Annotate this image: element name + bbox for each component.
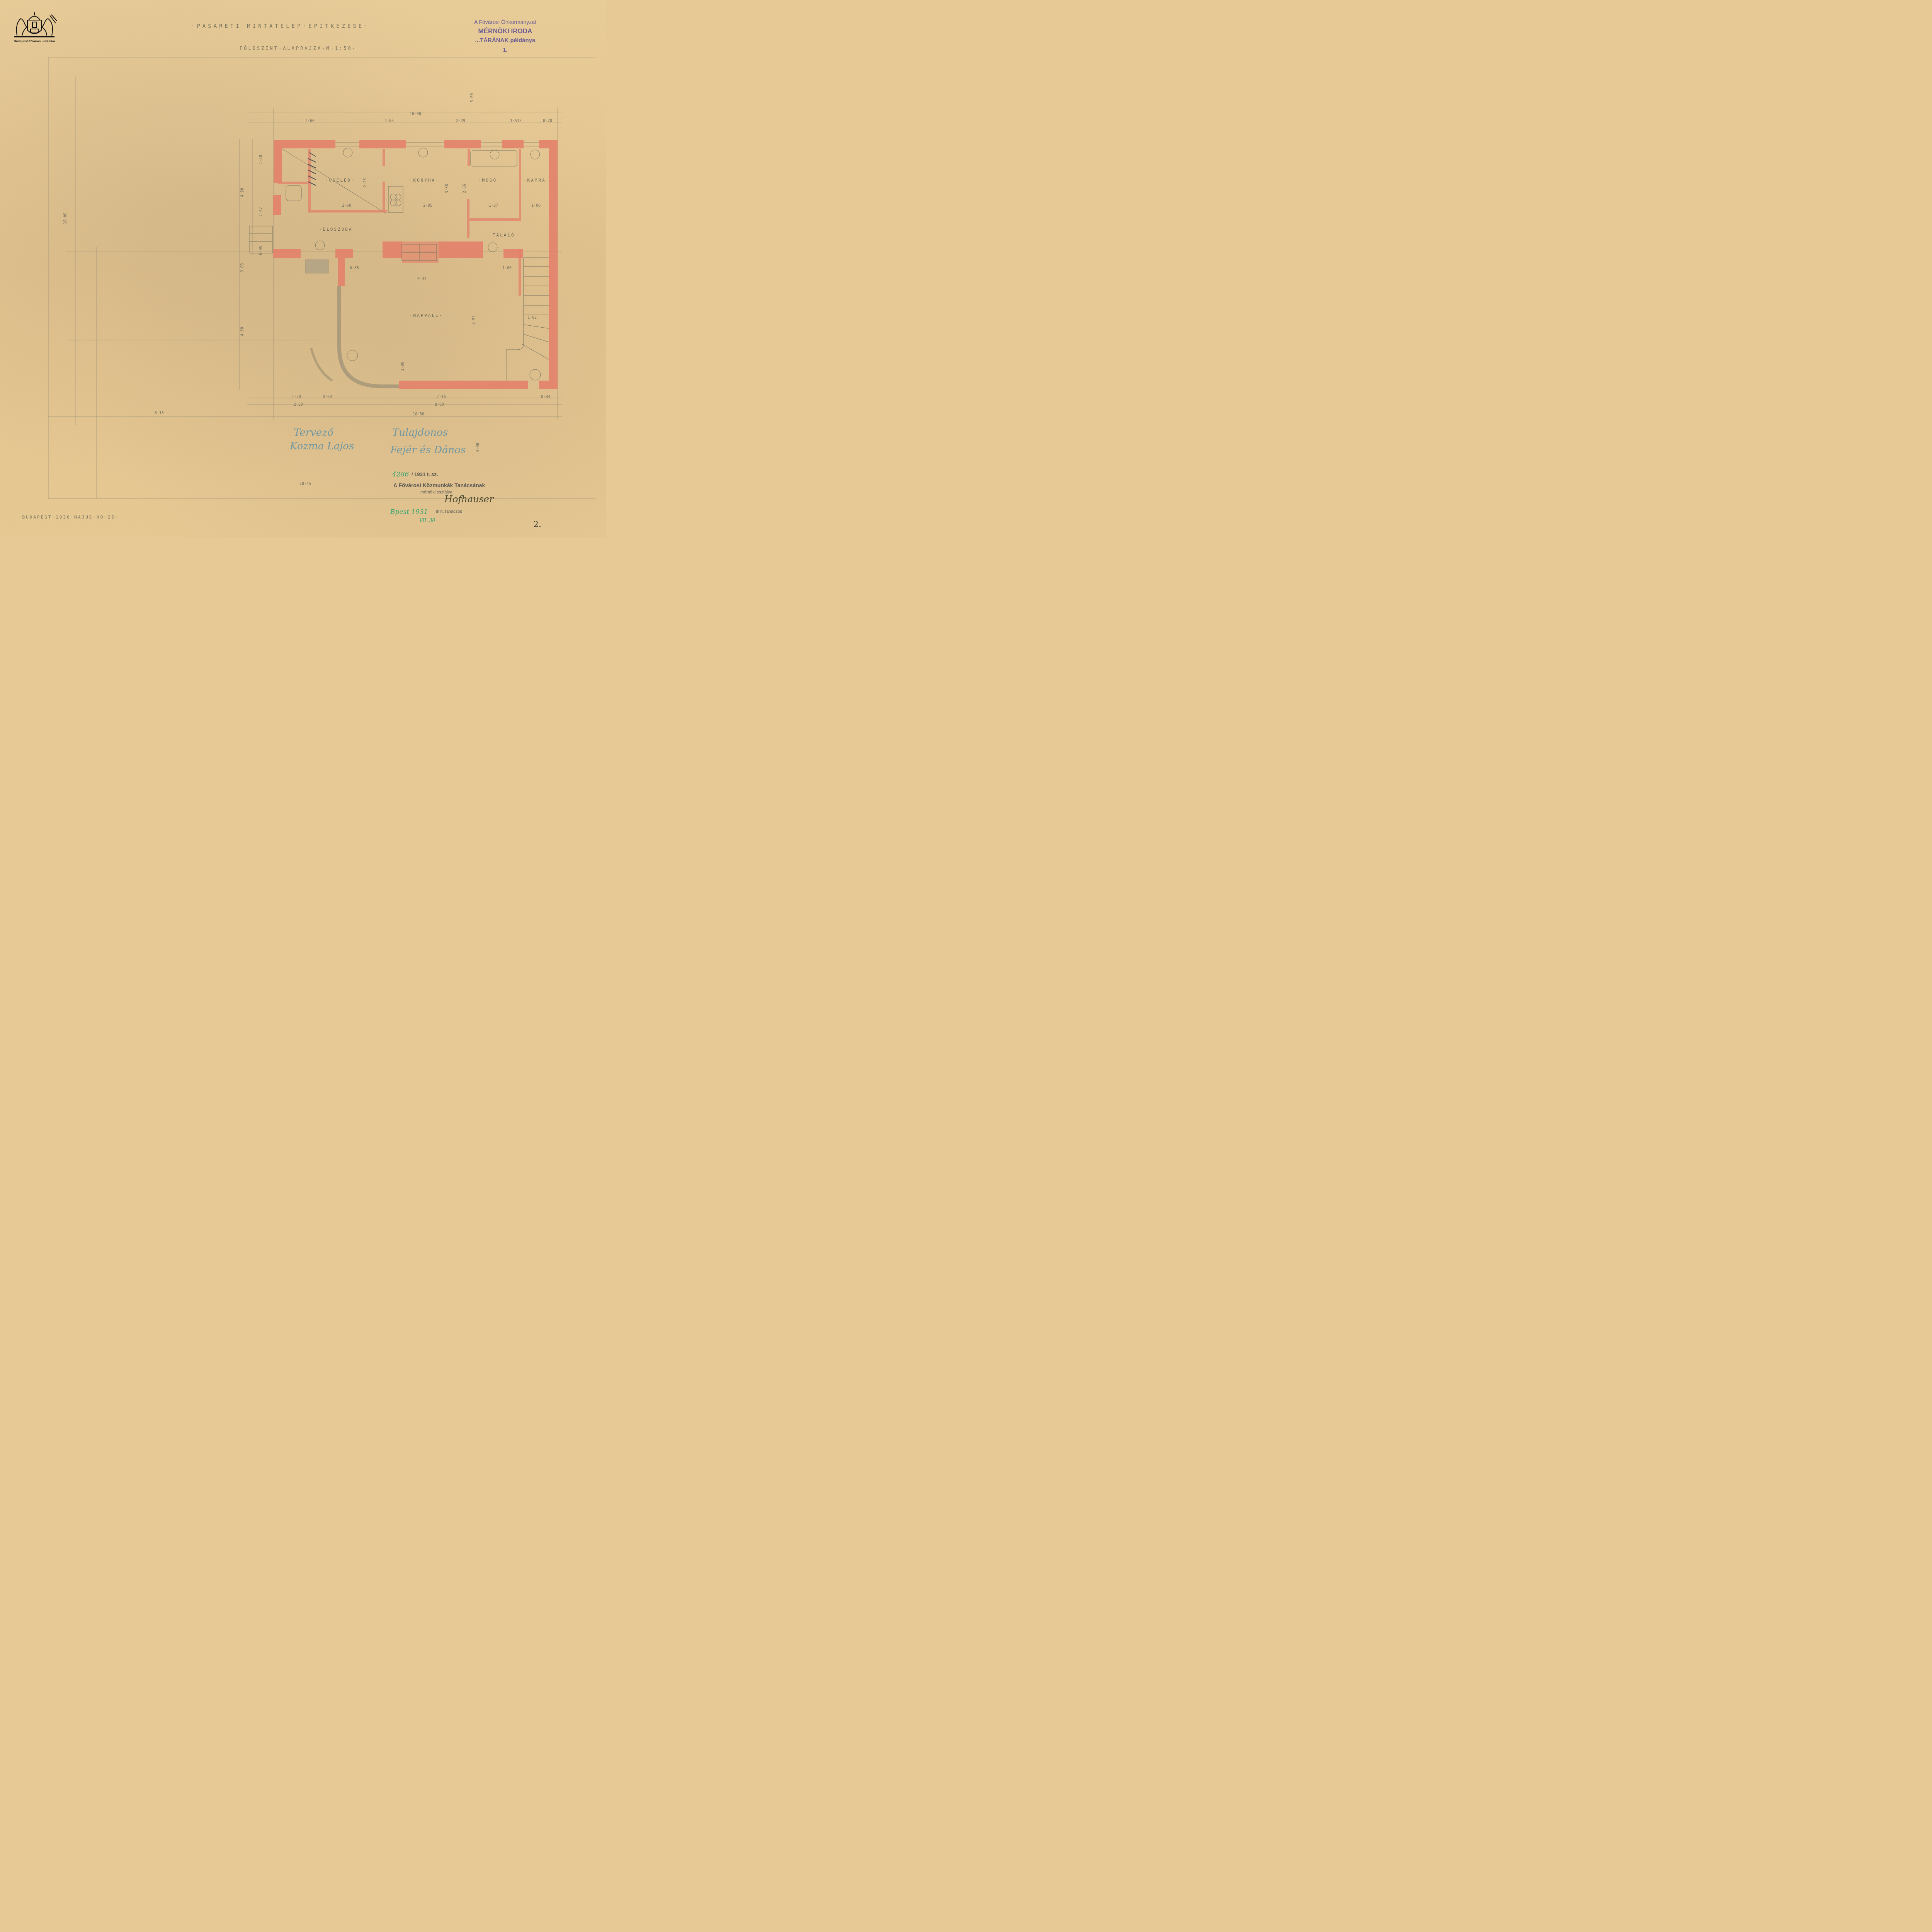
wc-icon xyxy=(286,185,301,201)
dim-nappali-width: 6·34 xyxy=(417,277,427,281)
dim-top-seg-3: 2·49 xyxy=(456,119,465,123)
dim-bottom-6: 8·00 xyxy=(435,403,444,407)
dim-left-seg-1: 4·20 xyxy=(240,188,245,197)
dim-talalo-width: 1·00 xyxy=(502,266,512,270)
room-label-konyha: ·KONYHA· xyxy=(410,178,439,183)
dim-bottom-2: 0·60 xyxy=(323,395,332,399)
floor-plan: ·CSELÉD· ·KONYHA· ·MOSÓ· ·KAMRA· ·ELŐSZO… xyxy=(0,0,606,537)
dim-top-seg-1: 2·66 xyxy=(305,119,315,123)
dim-bottom-5: 2·30 xyxy=(294,403,303,407)
dim-moso-width: 1·87 xyxy=(489,204,498,208)
dim-left-inner-1: 1·80 xyxy=(259,155,263,164)
dim-stair-width: 1·02 xyxy=(527,316,537,320)
approval-place-date: Bpest 1931 xyxy=(390,508,428,516)
drawing-date: ·BUDAPEST·1930·MÁJUS·HÓ·25· xyxy=(19,515,119,520)
dim-cseled-width: 2·60 xyxy=(342,204,351,208)
dim-cseled-height: 2·26 xyxy=(363,178,367,187)
approval-rank: min. tanácsos xyxy=(436,509,462,514)
dim-bottom-3: 7·16 xyxy=(437,395,446,399)
designer-label: Tervező xyxy=(294,427,333,439)
dim-bottom-1: 1·70 xyxy=(292,395,301,399)
dim-konyha-height: 3·38 xyxy=(445,184,449,193)
entry-steps-icon xyxy=(305,260,328,273)
room-label-nappali: ·NAPPALI· xyxy=(410,313,443,318)
dim-right-vertical: 4·00 xyxy=(476,443,480,452)
room-label-talalo: TÁLALÓ xyxy=(493,233,515,238)
owner-name: Fejér és Dános xyxy=(390,444,466,456)
dim-top-overall: 10·30 xyxy=(410,112,421,116)
approval-signature: Hofhauser xyxy=(444,494,493,505)
dim-left-inner-2: 1·47 xyxy=(259,207,263,216)
dim-bottom-overall: 10·30 xyxy=(413,412,424,417)
approval-authority: A Fővárosi Közmunkák Tanácsának xyxy=(393,482,485,488)
approval-number: 4286 xyxy=(392,471,409,478)
partition-walls xyxy=(278,149,521,296)
bay-wall xyxy=(339,286,399,386)
sheet-number: 2. xyxy=(533,520,541,529)
dim-far-bottom: 18·45 xyxy=(299,482,311,486)
dim-nappali-height: 4·52 xyxy=(472,315,476,325)
dim-left-overall: 16·00 xyxy=(63,213,68,224)
bathtub-icon xyxy=(471,151,517,166)
dim-top-vertical: 3·00 xyxy=(470,93,474,102)
dim-konyha-width: 2·95 xyxy=(423,204,432,208)
dim-left-seg-3: 4·80 xyxy=(240,327,245,336)
dim-moso-height: 2·56 xyxy=(463,184,467,193)
dim-bottom-4: 0·84 xyxy=(541,395,550,399)
dim-left-seg-2: 9·00 xyxy=(240,263,245,272)
dim-left-inner-3: 0·95 xyxy=(259,246,263,255)
dim-top-seg-5: 0·78 xyxy=(543,119,552,123)
dim-eloszoba-pier: 0·85 xyxy=(350,266,359,270)
designer-name: Kozma Lajos xyxy=(290,440,354,452)
room-label-moso: ·MOSÓ· xyxy=(478,178,501,183)
dim-nappali-bay: 1·00 xyxy=(401,362,405,371)
approval-year-line: / 1931 t. sz. xyxy=(412,471,438,477)
dim-kamra-width: 1·00 xyxy=(531,204,541,208)
owner-label: Tulajdonos xyxy=(392,427,448,439)
dim-top-seg-2: 2·85 xyxy=(384,119,394,123)
dim-far-left: 8·15 xyxy=(155,411,164,415)
room-label-cseled: ·CSELÉD· xyxy=(325,178,355,183)
room-label-eloszoba: ·ELŐSZOBA· xyxy=(319,226,356,232)
room-label-kamra: ·KAMRA· xyxy=(524,178,549,183)
dim-top-seg-4: 1·515 xyxy=(510,119,522,123)
approval-month-day: VII. 30 xyxy=(419,518,435,523)
